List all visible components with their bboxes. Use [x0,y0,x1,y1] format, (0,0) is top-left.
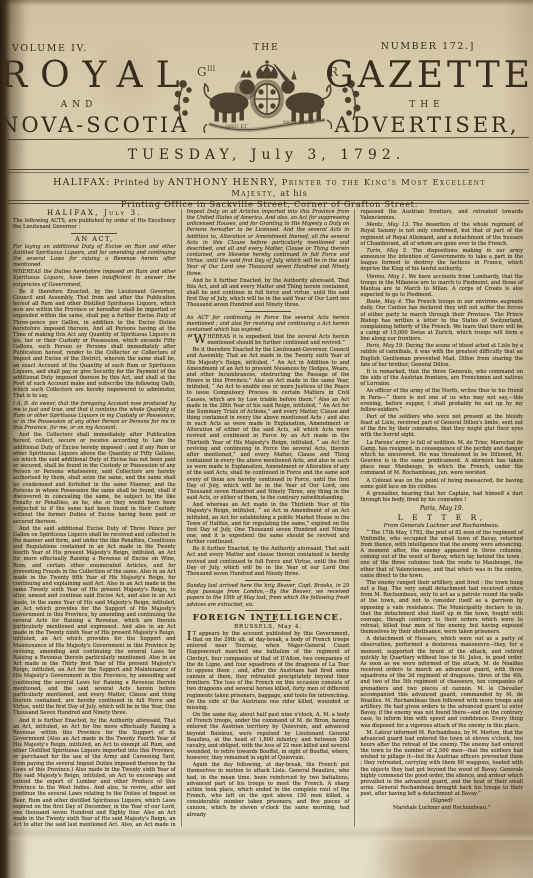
paragraph: An officer of the army of the North, wri… [360,388,523,413]
dateline-rule-top [8,169,529,170]
paragraph: Turin, May 5. The dispositions making in… [360,248,523,273]
paragraph: I A. B. do swear, that the foregoing Acc… [13,401,176,432]
paragraph: And be it further Enacted, by the Author… [187,278,350,309]
issue-number: NUMBER 172.] [381,41,475,52]
dateline-lead: Basle, May 4. [366,299,405,305]
dropcap: “W [187,334,208,344]
paragraph: Be it further Enacted, by the Authority … [187,546,350,577]
separator-rule [245,311,291,312]
title-gazette: GAZETTE, [325,56,529,96]
foreign-intelligence-heading: FOREIGN INTELLIGENCE. [187,614,350,620]
paragraph: WHEREAS the Duties heretofore imposed on… [13,269,176,287]
paragraph: A Colonel was on the point of being mass… [360,478,523,490]
paragraph: Impost Duty on all Articles imported int… [187,209,350,277]
dateline-lead: Paris, May 19. [366,343,405,349]
paragraph: And the Collectors shall immediately aft… [13,432,176,524]
paragraph: And it is further Enacted, by the Author… [13,718,176,828]
letter-heading: L E T T E R, [360,515,523,521]
paris-dateline: Paris, May 19. [360,506,523,512]
separator-rule [245,580,291,581]
paragraph: Basle, May 4. The French troops in our e… [360,299,523,342]
article-columns: HALIFAX, July 3.The following ACTS, are … [8,209,528,827]
paragraph: The following ACTS, are published by ord… [13,218,176,230]
paragraph: Paris, May 19. During the scene of blood… [360,343,523,368]
paragraph: “WHEREAS it is expedient that the severa… [187,334,350,346]
signature: (Signed)Marshals Luckner and Rochambeau.… [360,798,523,810]
imprint-rule-bottom [8,203,529,204]
paragraph: Mentz, May 13. The desertion of the whol… [360,222,523,247]
imprint-at-his: at his [280,188,307,198]
paragraph: Be it therefore Enacted, by the Lieutena… [13,289,176,400]
halifax-dateline: HALIFAX, July 3. [13,210,176,216]
separator-rule [71,233,117,234]
paragraph: Sunday last arrived here the brig Beaver… [187,583,350,608]
newspaper-page: VOLUME IV. THE NUMBER 172.] ROYAL AND NO… [0,0,533,878]
masthead-right: GAZETTE, THE ADVERTISER, [325,56,529,137]
paragraph: A grenadier, hearing that her Captain, h… [360,491,523,503]
column-right: repassed the Austrian frontiers, and ret… [355,209,528,827]
paragraph: And whereas an Act made in the Thirtieth… [187,502,350,545]
paragraph: Be it therefore Enacted by the Lieutenan… [187,347,350,501]
dropcap: I [187,631,193,641]
dateline-lead: Mentz, May 13. [366,222,413,228]
imprint-printer-name: ANTHONY HENRY, [168,177,278,188]
motto-left-text: DIEU ET [225,124,248,130]
paragraph: La Parens' army is full of sedition. M. … [360,440,523,477]
issue-dateline: TUESDAY, July 3, 1792. [0,147,533,163]
title-advertiser: ADVERTISER, [325,113,529,137]
column-middle: Impost Duty on all Articles imported int… [181,209,356,827]
paragraph: Vienna, May 1. We have accounts from Lom… [360,274,523,299]
title-the: THE [325,100,529,110]
imprint-printed-by: Printed by [114,177,165,187]
signed-label: (Signed) [360,798,523,804]
printer-imprint: HALIFAX: Printed by ANTHONY HENRY, Print… [30,177,509,210]
svg-text:III: III [207,65,216,73]
paragraph: IT appears by the account published by t… [187,631,350,711]
imprint-rule-top [8,200,529,201]
motto-right-text: MON DROIT [283,120,316,126]
binding-shadow [0,0,26,878]
svg-text:G: G [197,65,207,79]
act-heading: AN ACT, [13,236,176,242]
page-bottom-edge [0,826,533,840]
paragraph: “ The 17th May, 1792, the post of 82 men… [360,530,523,579]
letter-from-line: From Generals Luckner and Rochambeau. [360,523,523,529]
paragraph: On the same day, about half past nine o'… [187,712,350,761]
dateline-rule-bottom [8,172,529,173]
imprint-halifax: HALIFAX: [53,177,110,188]
paragraph: M. Latour informed M. Rochambeau, by M. … [360,730,523,798]
top-edge-shadow [0,0,533,6]
brussels-dateline: BRUSSELS, May 4. [187,624,350,630]
dateline-lead: Vienna, May 1. [366,274,408,280]
paragraph: A detachment of Hussars, which were out … [360,636,523,728]
paragraph: For laying an additional Duty of Excise … [13,244,176,269]
paragraph: An ACT for continuing in Force the sever… [187,315,350,333]
paragraph: Again the day following, at day-break, t… [187,762,350,817]
paragraph: repassed the Austrian frontiers, and ret… [360,209,523,221]
column-left: HALIFAX, July 3.The following ACTS, are … [8,209,181,827]
paragraph: It is remarked, that the three Generals,… [360,369,523,387]
paragraph: Part of the soldiers who were not presen… [360,414,523,439]
dateline-lead: Turin, May 5. [366,248,412,254]
paragraph: The enemy ranged their artillery, and fi… [360,580,523,635]
paragraph: And the said additional Excise Duty of T… [13,526,176,717]
